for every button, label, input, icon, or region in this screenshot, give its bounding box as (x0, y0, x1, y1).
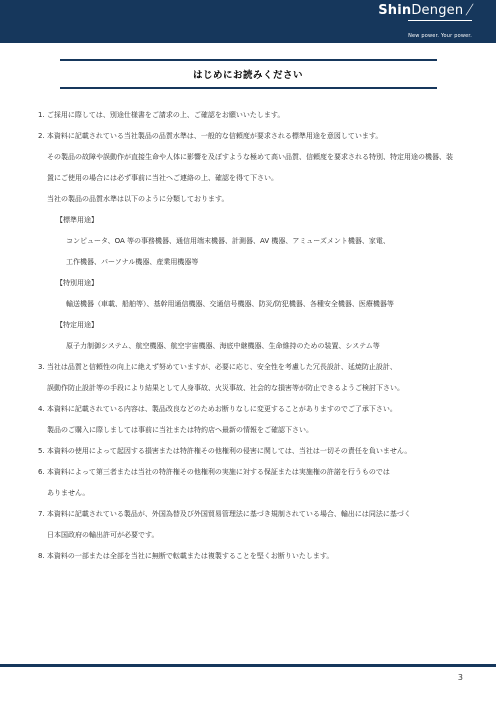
brand-shin: Shin (378, 3, 411, 18)
notice-line: 誤動作防止設計等の手段により結果として人身事故、火災事故、社会的な損害等が防止で… (0, 384, 496, 392)
brand-dengen: Dengen (411, 3, 463, 18)
notice-line: 【特別用途】 (0, 279, 496, 287)
notice-line: 工作機器、パーソナル機器、産業用機器等 (0, 258, 496, 266)
logo-slash-icon: / (465, 2, 475, 18)
notice-line: ありません。 (0, 489, 496, 497)
notice-line: 7. 本資料に記載されている製品が、外国為替及び外国貿易管理法に基づき規制されて… (0, 510, 496, 518)
logo-tagline-rule: New power. Your power. (408, 20, 472, 42)
logo-tagline: New power. Your power. (408, 33, 472, 39)
notice-line: 5. 本資料の使用によって起因する損害または特許権その他権利の侵害に関しては、当… (0, 447, 496, 455)
logo-wordmark: ShinDengen / (378, 2, 472, 18)
notice-line: 2. 本資料に記載されている当社製品の品質水準は、一般的な信頼度が要求される標準… (0, 132, 496, 140)
notice-line: 原子力制御システム、航空機器、航空宇宙機器、海底中継機器、生命維持のための装置、… (0, 342, 496, 350)
notice-line: 1. ご採用に際しては、別途仕様書をご請求の上、ご確認をお願いいたします。 (0, 111, 496, 119)
notice-line: 製品のご購入に際しましては事前に当社または特約店へ最新の情報をご確認下さい。 (0, 426, 496, 434)
page-number: 3 (458, 673, 463, 682)
page-title: はじめにお読みください (60, 61, 437, 88)
notice-line: 【特定用途】 (0, 321, 496, 329)
notice-line: 6. 本資料によって第三者または当社の特許権その他権利の実施に対する保証または実… (0, 468, 496, 476)
notice-line: 当社の製品の品質水準は以下のように分類しております。 (0, 195, 496, 203)
notice-line: 4. 本資料に記載されている内容は、製品改良などのためお断りなしに変更することが… (0, 405, 496, 413)
document-page: ShinDengen / New power. Your power. はじめに… (0, 0, 496, 560)
title-rule-bottom (60, 87, 437, 89)
notice-list: 1. ご採用に際しては、別途仕様書をご請求の上、ご確認をお願いいたします。2. … (0, 111, 496, 560)
notice-line: 【標準用途】 (0, 216, 496, 224)
notice-line: コンピュータ、OA 等の事務機器、通信用端末機器、計測器、AV 機器、アミューズ… (0, 237, 496, 245)
notice-line: 8. 本資料の一部または全部を当社に無断で転載または複製することを堅くお断りいた… (0, 552, 496, 560)
notice-line: 置にご使用の場合には必ず事前に当社へご連絡の上、確認を得て下さい。 (0, 174, 496, 182)
notice-line: その製品の故障や誤動作が直接生命や人体に影響を及ぼすような極めて高い品質、信頼度… (0, 153, 496, 161)
notice-line: 輸送機器（車載、船舶等）、基幹用通信機器、交通信号機器、防災/防犯機器、各種安全… (0, 300, 496, 308)
brand-text: ShinDengen (378, 3, 463, 18)
notice-line: 日本国政府の輸出許可が必要です。 (0, 531, 496, 539)
footer-rule (0, 664, 496, 667)
shindengen-logo: ShinDengen / New power. Your power. (378, 2, 472, 42)
title-block: はじめにお読みください (60, 59, 437, 89)
header-bar: ShinDengen / New power. Your power. (0, 0, 496, 43)
notice-line: 3. 当社は品質と信頼性の向上に絶えず努めていますが、必要に応じ、安全性を考慮し… (0, 363, 496, 371)
